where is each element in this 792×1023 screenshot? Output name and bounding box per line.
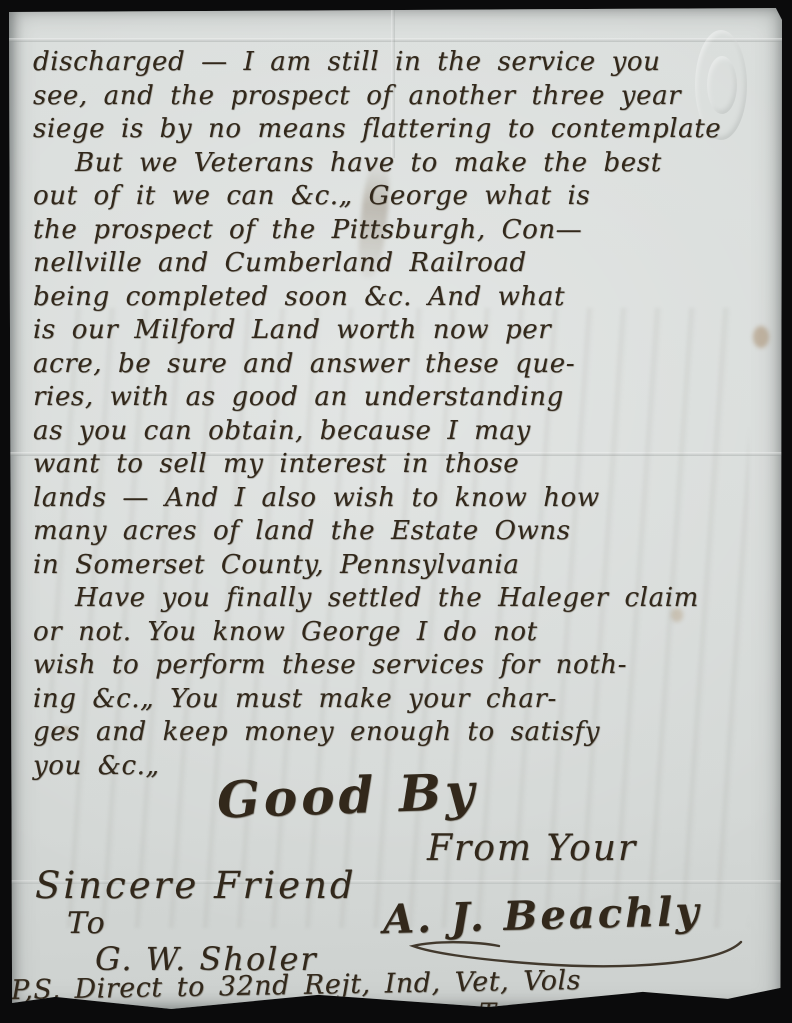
closing-sincere-friend: Sincere Friend	[35, 864, 357, 907]
letter-line: wish to perform these services for noth-	[33, 649, 778, 683]
closing-from-your: From Your	[427, 828, 637, 869]
postscript-place-line: Chattanooga Tennessee —	[297, 998, 655, 1023]
letter-paper-sheet: discharged — I am still in the service y…	[9, 8, 782, 1013]
letter-line: being completed soon &c. And what	[33, 281, 778, 315]
letter-line: Have you finally settled the Haleger cla…	[33, 582, 778, 616]
letter-line: is our Milford Land worth now per	[33, 314, 778, 348]
letter-line: ges and keep money enough to satisfy	[33, 716, 778, 750]
letter-line: many acres of land the Estate Owns	[33, 515, 778, 549]
letter-line: ries, with as good an understanding	[33, 381, 778, 415]
farewell-text: Good By	[216, 761, 479, 829]
letter-body: discharged — I am still in the service y…	[33, 46, 778, 783]
signature: A. J. Beachly	[382, 888, 702, 943]
letter-line: in Somerset County, Pennsylvania	[33, 549, 778, 583]
letter-line: ing &c.„ You must make your char-	[33, 683, 778, 717]
letter-line: But we Veterans have to make the best	[33, 147, 778, 181]
letter-line: acre, be sure and answer these que-	[33, 348, 778, 382]
letter-line: as you can obtain, because I may	[33, 415, 778, 449]
letter-line: discharged — I am still in the service y…	[33, 46, 778, 80]
letter-line: nellville and Cumberland Railroad	[33, 247, 778, 281]
closing-to-label: To	[67, 906, 107, 941]
letter-line: lands — And I also wish to know how	[33, 482, 778, 516]
fold-crease-top	[9, 38, 782, 42]
letter-line: see, and the prospect of another three y…	[33, 80, 778, 114]
scanned-letter-page: { "document": { "kind": "handwritten let…	[0, 0, 792, 1023]
letter-line: siege is by no means flattering to conte…	[33, 113, 778, 147]
letter-line: the prospect of the Pittsburgh, Con—	[33, 214, 778, 248]
letter-line: out of it we can &c.„ George what is	[33, 180, 778, 214]
letter-line: want to sell my interest in those	[33, 448, 778, 482]
letter-line: or not. You know George I do not	[33, 616, 778, 650]
